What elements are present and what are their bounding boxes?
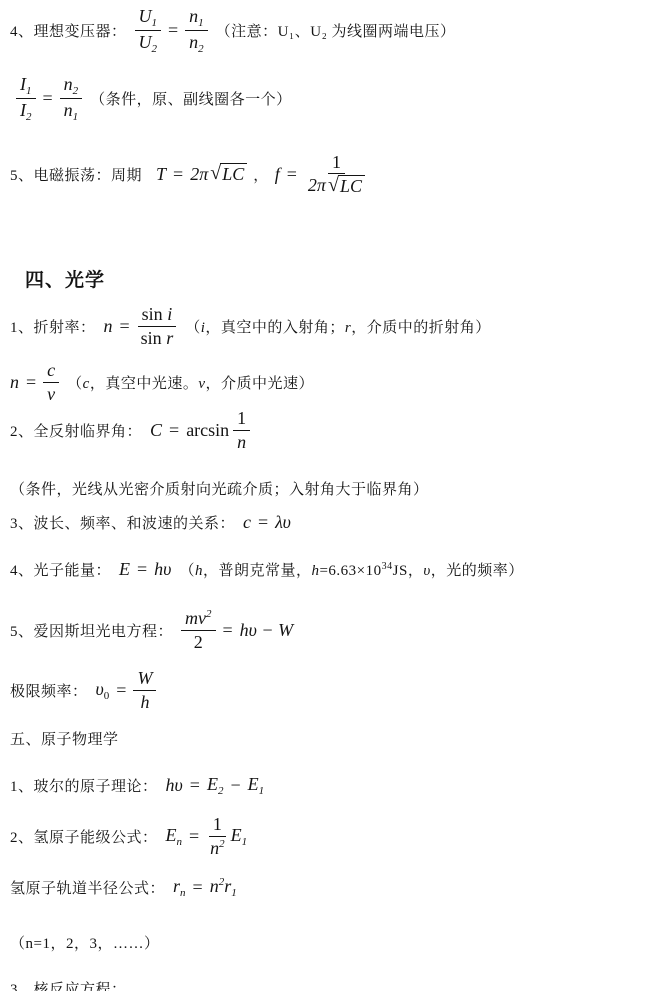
sub-1: 1 [26, 85, 32, 97]
item-label-orbit-radius: 氢原子轨道半径公式： [10, 877, 165, 898]
photon-energy-equation: E = hυ [119, 559, 171, 580]
refraction-speed-equation: n = c v [10, 360, 59, 403]
fn-sin: sin [141, 328, 167, 348]
section-heading-atomic-physics: 五、原子物理学 [10, 728, 641, 748]
formula-line-bohr: 1、玻尔的原子理论： hυ = E2 − E1 [10, 774, 641, 796]
sub-1: 1 [242, 836, 248, 848]
exponent-34: 34 [382, 561, 393, 572]
var-h-upsilon: hυ [166, 775, 183, 796]
var-n: n [210, 876, 219, 896]
sub-0: 0 [104, 690, 110, 702]
fraction-voltage-ratio: U1 U2 [135, 6, 162, 55]
sub-2: 2 [198, 43, 204, 55]
fraction-turns-ratio-inverse: n2 n1 [60, 74, 83, 123]
var-c: c [243, 512, 251, 533]
fraction-frequency: 1 2π√LC [304, 152, 369, 196]
note-refraction-speed: （c，真空中光速。v，介质中光速） [67, 372, 314, 393]
square-root: √LC [328, 175, 365, 196]
text-line-critical-condition: （条件，光线从光密介质射向光疏介质；入射角大于临界角） [10, 478, 641, 498]
item-label-critical-angle: 2、全反射临界角： [10, 420, 142, 441]
item-label-oscillation: 5、电磁振荡：周期 [10, 164, 142, 185]
fraction-one-over-n: 1 n [233, 408, 250, 451]
coefficient-2pi: 2π [190, 164, 208, 185]
item-label-wave-relation: 3、波长、频率、和波速的关系： [10, 512, 235, 533]
var-period: T [156, 164, 166, 185]
var-c: c [47, 360, 55, 380]
sub-1: 1 [152, 17, 158, 29]
sup-2: 2 [219, 838, 225, 850]
item-label-energy-level: 2、氢原子能级公式： [10, 826, 158, 847]
equals-sign: = [223, 620, 233, 641]
denominator-two: 2 [194, 632, 203, 652]
item-label-threshold: 极限频率： [10, 680, 88, 701]
text-line-n-values: （n=1，2，3，……） [10, 932, 641, 952]
formula-line-wave-relation: 3、波长、频率、和波速的关系： c = λυ [10, 512, 641, 532]
sub-1: 1 [231, 887, 237, 899]
var-e1: E [248, 774, 259, 794]
period-equation: T = 2π √ LC [156, 163, 247, 185]
sub-2: 2 [26, 111, 32, 123]
var-h: h [140, 692, 149, 712]
equals-sign: = [287, 164, 297, 185]
var-upsilon: υ [423, 563, 430, 579]
transformer-equation: U1 U2 = n1 n2 [135, 6, 208, 55]
sub-2: 2 [152, 43, 158, 55]
note-photon-energy: （h，普朗克常量，h=6.63×1034JS，υ，光的频率） [179, 559, 523, 580]
var-lambda-upsilon: λυ [275, 512, 291, 533]
formula-line-orbit-radius: 氢原子轨道半径公式： rn = n2r1 [10, 876, 641, 898]
note-current-ratio: （条件，原、副线圈各一个） [90, 88, 292, 109]
item-label-photon-energy: 4、光子能量： [10, 559, 111, 580]
formula-line-oscillation: 5、电磁振荡：周期 T = 2π √ LC ， f = 1 2π√LC [10, 150, 641, 198]
fraction-turns-ratio: n1 n2 [185, 6, 208, 55]
critical-angle-equation: C = arcsin 1 n [150, 408, 250, 451]
var-v: v [47, 384, 55, 404]
refraction-equation: n = sin i sin r [104, 304, 178, 347]
equals-sign: = [120, 316, 130, 337]
formula-line-current-ratio: I1 I2 = n2 n1 （条件，原、副线圈各一个） [10, 76, 641, 120]
var-n: n [10, 372, 19, 393]
var-i: i [167, 304, 172, 324]
var-n1: n [64, 100, 73, 120]
section-title: 四、光学 [10, 265, 105, 292]
frequency-equation: f = 1 2π√LC [275, 152, 369, 196]
physics-formula-document: 4、理想变压器： U1 U2 = n1 n2 （注意：U₁、U₂ 为线圈两端电压… [0, 0, 647, 991]
var-h: h [195, 563, 203, 579]
energy-level-equation: En = 1 n2 E1 [166, 814, 248, 857]
fraction-sin-ratio: sin i sin r [137, 304, 178, 347]
equals-sign: = [116, 680, 126, 701]
fn-arcsin: arcsin [186, 420, 229, 441]
formula-line-photon-energy: 4、光子能量： E = hυ （h，普朗克常量，h=6.63×1034JS，υ，… [10, 558, 641, 580]
var-frequency: f [275, 164, 280, 185]
equals-sign: = [190, 775, 200, 796]
var-n: n [104, 316, 113, 337]
separator-comma: ， [253, 164, 269, 185]
equals-sign: = [168, 20, 178, 41]
equals-sign: = [189, 826, 199, 847]
text-line-nuclear-reaction: 3、核反应方程： [10, 978, 641, 991]
coefficient-2pi: 2π [308, 175, 326, 195]
minus-sign: − [230, 775, 240, 796]
formula-line-transformer: 4、理想变压器： U1 U2 = n1 n2 （注意：U₁、U₂ 为线圈两端电压… [10, 8, 641, 52]
equals-sign: = [173, 164, 183, 185]
radicand-lc: LC [338, 175, 365, 196]
sub-2: 2 [73, 85, 79, 97]
sub-1: 1 [198, 17, 204, 29]
bohr-equation: hυ = E2 − E1 [166, 774, 265, 797]
numerator-one: 1 [213, 814, 222, 834]
note-refraction: （i，真空中的入射角；r，介质中的折射角） [185, 316, 491, 337]
var-n1: n [189, 6, 198, 26]
formula-line-energy-level: 2、氢原子能级公式： En = 1 n2 E1 [10, 814, 641, 858]
formula-line-refraction-speed: n = c v （c，真空中光速。v，介质中光速） [10, 362, 641, 402]
fn-sin: sin [142, 304, 168, 324]
fraction-current-ratio: I1 I2 [16, 74, 36, 123]
var-rn: r [173, 876, 180, 896]
sub-n: n [180, 887, 186, 899]
var-u2: U [139, 32, 152, 52]
var-c: c [83, 376, 90, 392]
equals-sign: = [26, 372, 36, 393]
var-mv: mv [185, 608, 206, 628]
square-root: √ LC [210, 163, 247, 185]
var-c: C [150, 420, 162, 441]
var-v: v [198, 376, 205, 392]
var-e1: E [231, 825, 242, 845]
sub-2: 2 [218, 785, 224, 797]
equals-sign: = [169, 420, 179, 441]
einstein-equation: mv2 2 = hυ − W [181, 608, 293, 651]
fraction-c-over-v: c v [43, 360, 59, 403]
sub-1: 1 [73, 111, 79, 123]
formula-line-einstein: 5、爱因斯坦光电方程： mv2 2 = hυ − W [10, 608, 641, 652]
sub-n: n [177, 836, 183, 848]
item-label-transformer: 4、理想变压器： [10, 20, 127, 41]
var-h-upsilon: hυ [154, 559, 171, 580]
fraction-kinetic-energy: mv2 2 [181, 608, 216, 651]
var-e: E [119, 559, 130, 580]
orbit-radius-equation: rn = n2r1 [173, 876, 237, 899]
current-ratio-equation: I1 I2 = n2 n1 [16, 74, 82, 123]
var-n: n [237, 432, 246, 452]
threshold-equation: υ0 = W h [96, 668, 157, 711]
radicand-lc: LC [220, 163, 247, 185]
var-u1: U [139, 6, 152, 26]
var-r: r [166, 328, 173, 348]
n-values-text: （n=1，2，3，……） [10, 932, 159, 953]
section-heading-optics: 四、光学 [10, 266, 641, 290]
condition-text: （条件，光线从光密介质射向光疏介质；入射角大于临界角） [10, 478, 429, 499]
var-w: W [137, 668, 152, 688]
item-label-refraction: 1、折射率： [10, 316, 96, 337]
fraction-w-over-h: W h [133, 668, 156, 711]
var-e2: E [207, 774, 218, 794]
var-en: E [166, 825, 177, 845]
item-label-bohr: 1、玻尔的原子理论： [10, 775, 158, 796]
formula-line-critical-angle: 2、全反射临界角： C = arcsin 1 n [10, 408, 641, 452]
equals-sign: = [43, 88, 53, 109]
wave-equation: c = λυ [243, 512, 291, 533]
section-title: 五、原子物理学 [10, 728, 119, 749]
equals-sign: = [137, 559, 147, 580]
item-label-einstein: 5、爱因斯坦光电方程： [10, 620, 173, 641]
var-upsilon0: υ [96, 679, 104, 699]
var-n2: n [64, 74, 73, 94]
equals-sign: = [193, 877, 203, 898]
note-transformer: （注意：U₁、U₂ 为线圈两端电压） [216, 20, 456, 41]
var-n: n [210, 838, 219, 858]
expr-hv-minus-w: hυ − W [240, 620, 293, 641]
formula-line-threshold-frequency: 极限频率： υ0 = W h [10, 668, 641, 712]
sub-1: 1 [259, 785, 265, 797]
sup-2: 2 [206, 608, 212, 620]
numerator-one: 1 [237, 408, 246, 428]
numerator-one: 1 [332, 152, 341, 172]
fraction-one-over-n-squared: 1 n2 [206, 814, 229, 857]
formula-line-refraction: 1、折射率： n = sin i sin r （i，真空中的入射角；r，介质中的… [10, 304, 641, 348]
var-n2: n [189, 32, 198, 52]
item-label-nuclear: 3、核反应方程： [10, 978, 127, 991]
equals-sign: = [258, 512, 268, 533]
